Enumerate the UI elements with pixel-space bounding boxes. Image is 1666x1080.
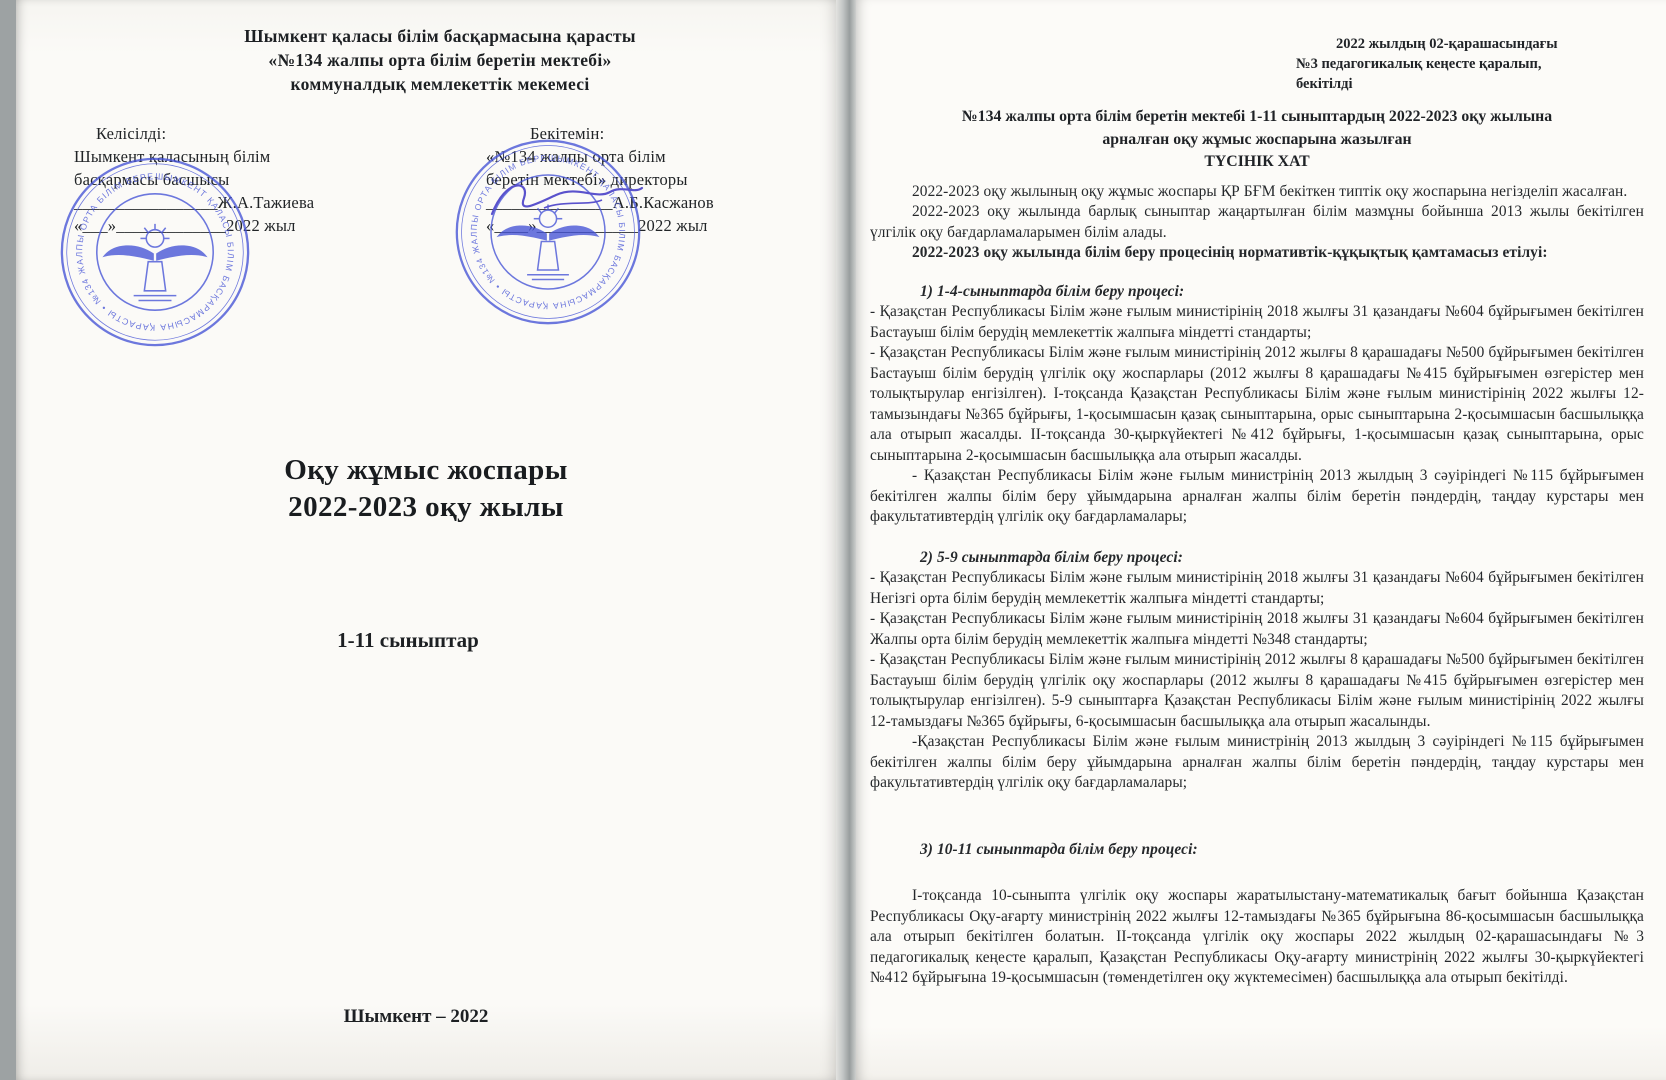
org-header-line: коммуналдық мемлекеттік мекемесі <box>30 72 850 96</box>
council-approval-note: 2022 жылдың 02-қарашасындағы №3 педагоги… <box>1296 34 1572 94</box>
paragraph: - Қазақстан Республикасы Білім және ғылы… <box>870 609 1644 650</box>
org-header-line: «№134 жалпы орта білім беретін мектебі» <box>30 48 850 72</box>
org-header-line: Шымкент қаласы білім басқармасына қараст… <box>30 24 850 48</box>
svg-text:ШЫМКЕНТ ҚАЛАСЫ БІЛІМ БАСҚАРМАС: ШЫМКЕНТ ҚАЛАСЫ БІЛІМ БАСҚАРМАСЫНА ҚАРАСТ… <box>58 155 236 333</box>
approval-note-line: бекітілді <box>1296 74 1572 94</box>
paragraph: - Қазақстан Республикасы Білім және ғылы… <box>870 343 1644 466</box>
city-year-footer: Шымкент – 2022 <box>6 1006 826 1028</box>
paragraph: - Қазақстан Республикасы Білім және ғылы… <box>870 568 1644 609</box>
handwritten-signature <box>484 170 649 230</box>
section-heading-1: 1) 1-4-сыныптарда білім беру процесі: <box>870 282 1644 303</box>
paragraph: - Қазақстан Республикасы Білім және ғылы… <box>870 650 1644 732</box>
paragraph: -Қазақстан Республикасы Білім және ғылым… <box>870 732 1644 794</box>
note-title-line: ТҮСІНІК ХАТ <box>870 151 1644 174</box>
paragraph: - Қазақстан Республикасы Білім және ғылы… <box>870 302 1644 343</box>
document-title: Оқу жұмыс жоспары 2022-2023 оқу жылы <box>16 452 836 526</box>
paragraph: І-тоқсанда 10-сыныпта үлгілік оқу жоспар… <box>870 886 1644 989</box>
explanatory-note-content: 2022 жылдың 02-қарашасындағы №3 педагоги… <box>870 0 1644 989</box>
section-heading-3: 3) 10-11 сыныптарда білім беру процесі: <box>870 840 1644 861</box>
page-gutter <box>836 0 856 1080</box>
approval-note-line: 2022 жылдың 02-қарашасындағы <box>1296 34 1572 54</box>
section-heading-2: 2) 5-9 сыныптарда білім беру процесі: <box>870 548 1644 569</box>
explanatory-note-title: №134 жалпы орта білім беретін мектебі 1-… <box>870 106 1644 174</box>
document-title-line: Оқу жұмыс жоспары <box>16 452 836 489</box>
official-stamp-icon: ШЫМКЕНТ ҚАЛАСЫ БІЛІМ БАСҚАРМАСЫНА ҚАРАСТ… <box>453 137 643 327</box>
paragraph: - Қазақстан Республикасы Білім және ғылы… <box>870 466 1644 528</box>
grades-subtitle: 1-11 сыныптар <box>0 628 818 653</box>
note-title-line: №134 жалпы орта білім беретін мектебі 1-… <box>870 106 1644 129</box>
organization-header: Шымкент қаласы білім басқармасына қараст… <box>30 24 850 96</box>
note-title-line: арналған оқу жұмыс жоспарына жазылған <box>870 129 1644 152</box>
agreed-label: Келісілді: <box>74 122 404 145</box>
approval-note-line: №3 педагогикалық кеңесте қаралып, <box>1296 54 1572 74</box>
paragraph: 2022-2023 оқу жылының оқу жұмыс жоспары … <box>870 182 1644 203</box>
official-stamp-icon: ШЫМКЕНТ ҚАЛАСЫ БІЛІМ БАСҚАРМАСЫНА ҚАРАСТ… <box>58 155 252 349</box>
left-page: Шымкент қаласы білім басқармасына қараст… <box>16 0 836 1080</box>
right-page: 2022 жылдың 02-қарашасындағы №3 педагоги… <box>856 0 1666 1080</box>
paragraph: 2022-2023 оқу жылында білім беру процесі… <box>870 243 1644 264</box>
paragraph: 2022-2023 оқу жылында барлық сыныптар жа… <box>870 202 1644 243</box>
document-title-line: 2022-2023 оқу жылы <box>16 489 836 526</box>
